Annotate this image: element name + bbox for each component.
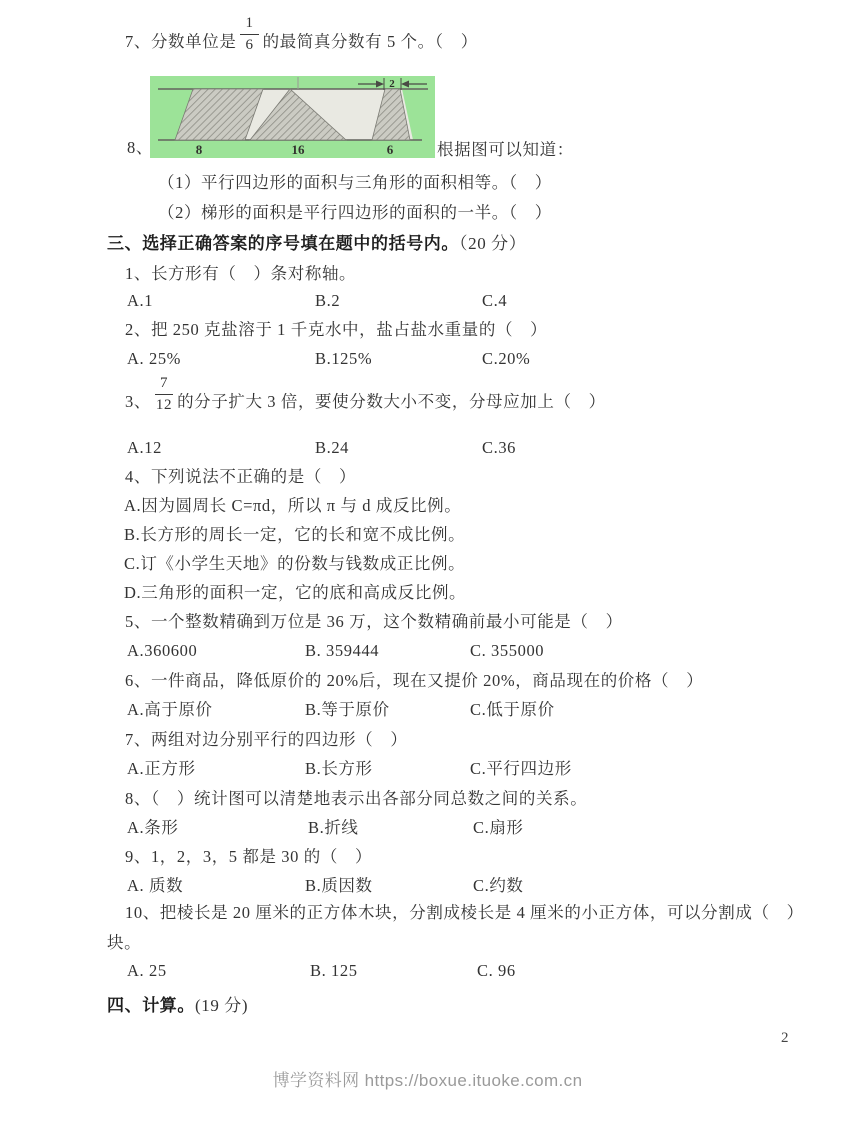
option-c: C. 355000 xyxy=(470,641,544,662)
question-8-stem: 8、（ ）统计图可以清楚地表示出各部分同总数之间的关系。 xyxy=(125,789,587,810)
question-10-options: A. 25 B. 125 C. 96 xyxy=(125,961,785,983)
label-parallelogram-base: 8 xyxy=(196,142,203,157)
question-4-stem: 4、下列说法不正确的是（ ） xyxy=(125,467,356,488)
question-4-option-a: A.因为圆周长 C=πd，所以 π 与 d 成反比例。 xyxy=(124,496,461,517)
option-b: B. 359444 xyxy=(305,641,379,662)
question-10-stem-continued: 块。 xyxy=(107,933,141,954)
question-4-option-b: B.长方形的周长一定，它的长和宽不成比例。 xyxy=(124,525,465,546)
question-3-suffix: 的分子扩大 3 倍，要使分数大小不变，分母应加上（ ） xyxy=(177,392,606,413)
question-judge-8-number: 8、 xyxy=(127,138,153,159)
question-8-options: A.条形 B.折线 C.扇形 xyxy=(125,818,785,840)
option-a: A.12 xyxy=(127,438,162,459)
question-4-option-d: D.三角形的面积一定，它的底和高成反比例。 xyxy=(124,583,466,604)
option-c: C.低于原价 xyxy=(470,700,555,721)
question-6-options: A.高于原价 B.等于原价 C.低于原价 xyxy=(125,700,785,722)
option-b: B. 125 xyxy=(310,961,358,982)
question-3-prefix: 3、 xyxy=(125,392,151,413)
option-a: A. 25 xyxy=(127,961,167,982)
page-number: 2 xyxy=(781,1030,789,1047)
option-b: B.24 xyxy=(315,438,349,459)
fraction-seven-twelfths: 7 12 xyxy=(155,376,173,413)
section-4-title: 四、计算。 xyxy=(107,996,195,1015)
option-a: A.条形 xyxy=(127,818,178,839)
option-a: A.高于原价 xyxy=(127,700,213,721)
question-9-stem: 9、1，2，3，5 都是 30 的（ ） xyxy=(125,847,372,868)
question-7-stem: 7、两组对边分别平行的四边形（ ） xyxy=(125,730,407,751)
question-7-options: A.正方形 B.长方形 C.平行四边形 xyxy=(125,759,785,781)
option-b: B.125% xyxy=(315,349,372,370)
label-trapezoid-bottom: 6 xyxy=(387,142,394,157)
question-judge-7-prefix: 7、分数单位是 xyxy=(125,32,236,53)
fraction-numerator: 1 xyxy=(240,16,258,35)
option-c: C.平行四边形 xyxy=(470,759,572,780)
figure-caption: 根据图可以知道： xyxy=(437,140,574,161)
label-triangle-base: 16 xyxy=(292,142,306,157)
label-trapezoid-top: 2 xyxy=(389,78,395,90)
question-judge-7: 7、分数单位是 1 6 的最简真分数有 5 个。（ ） xyxy=(125,16,478,53)
question-judge-7-suffix: 的最简真分数有 5 个。（ ） xyxy=(263,32,478,53)
option-a: A.正方形 xyxy=(127,759,196,780)
section-4-score: (19 分) xyxy=(195,996,248,1015)
option-a: A. 质数 xyxy=(127,876,183,897)
option-b: B.质因数 xyxy=(305,876,373,897)
option-a: A.1 xyxy=(127,291,153,312)
option-c: C.4 xyxy=(482,291,507,312)
question-3-stem: 3、 7 12 的分子扩大 3 倍，要使分数大小不变，分母应加上（ ） xyxy=(125,376,606,413)
fraction-one-sixth: 1 6 xyxy=(240,16,258,53)
option-b: B.长方形 xyxy=(305,759,373,780)
option-c: C.扇形 xyxy=(473,818,524,839)
section-3-header: 三、选择正确答案的序号填在题中的括号内。（20 分） xyxy=(107,233,526,254)
fraction-denominator: 6 xyxy=(245,35,253,53)
question-judge-8-item-2: （2）梯形的面积是平行四边形的面积的一半。（ ） xyxy=(158,203,552,224)
geometry-figure: 2 8 16 6 xyxy=(150,76,435,163)
question-1-stem: 1、长方形有（ ）条对称轴。 xyxy=(125,264,356,285)
option-b: B.折线 xyxy=(308,818,359,839)
fraction-numerator: 7 xyxy=(155,376,173,395)
section-3-title: 三、选择正确答案的序号填在题中的括号内。 xyxy=(107,234,459,253)
section-4-header: 四、计算。(19 分) xyxy=(107,995,248,1016)
geometry-figure-svg: 2 8 16 6 xyxy=(150,76,435,158)
question-2-options: A. 25% B.125% C.20% xyxy=(125,349,785,371)
question-10-stem: 10、把棱长是 20 厘米的正方体木块，分割成棱长是 4 厘米的小正方体，可以分… xyxy=(125,903,804,924)
option-c: C.36 xyxy=(482,438,516,459)
question-5-options: A.360600 B. 359444 C. 355000 xyxy=(125,641,785,663)
fraction-denominator: 12 xyxy=(156,395,172,413)
question-9-options: A. 质数 B.质因数 C.约数 xyxy=(125,876,785,898)
option-a: A. 25% xyxy=(127,349,181,370)
option-c: C.20% xyxy=(482,349,530,370)
question-judge-8-item-1: （1）平行四边形的面积与三角形的面积相等。（ ） xyxy=(158,173,552,194)
option-b: B.等于原价 xyxy=(305,700,390,721)
question-5-stem: 5、一个整数精确到万位是 36 万，这个数精确前最小可能是（ ） xyxy=(125,612,623,633)
option-c: C.约数 xyxy=(473,876,524,897)
question-3-options: A.12 B.24 C.36 xyxy=(125,438,785,460)
exam-page: 7、分数单位是 1 6 的最简真分数有 5 个。（ ） xyxy=(0,0,855,1122)
option-c: C. 96 xyxy=(477,961,516,982)
option-a: A.360600 xyxy=(127,641,197,662)
section-3-score: （20 分） xyxy=(459,234,526,253)
question-6-stem: 6、一件商品，降低原价的 20%后，现在又提价 20%，商品现在的价格（ ） xyxy=(125,671,703,692)
question-1-options: A.1 B.2 C.4 xyxy=(125,291,785,313)
option-b: B.2 xyxy=(315,291,340,312)
question-4-option-c: C.订《小学生天地》的份数与钱数成正比例。 xyxy=(124,554,465,575)
footer-site-link[interactable]: 博学资料网 https://boxue.ituoke.com.cn xyxy=(0,1066,855,1091)
question-2-stem: 2、把 250 克盐溶于 1 千克水中，盐占盐水重量的（ ） xyxy=(125,320,547,341)
